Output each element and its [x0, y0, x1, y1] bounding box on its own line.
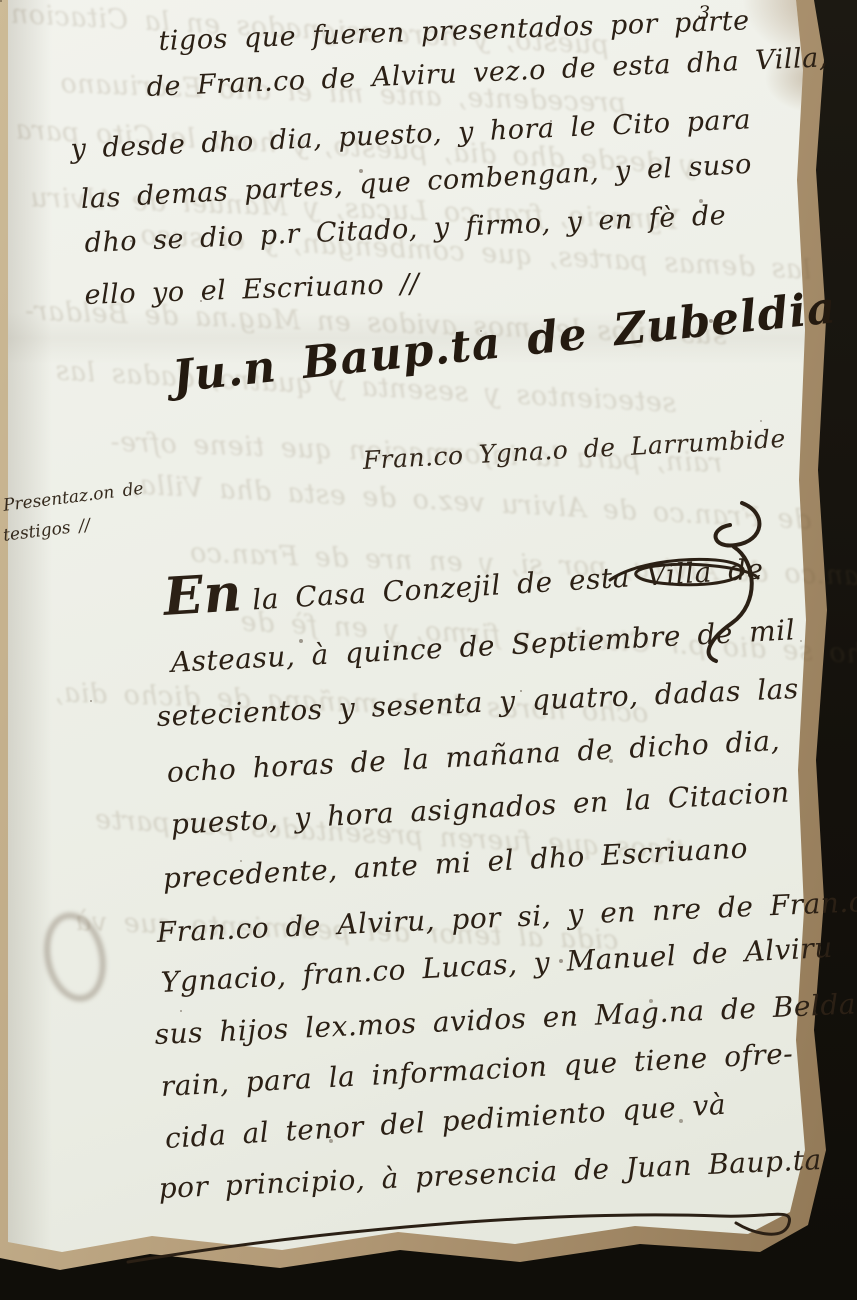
paragraph-initial: En — [162, 562, 244, 628]
manuscript-scan: puesto, y hora asignados en la Citacion … — [0, 0, 857, 1300]
underline-flourish — [120, 1200, 830, 1270]
